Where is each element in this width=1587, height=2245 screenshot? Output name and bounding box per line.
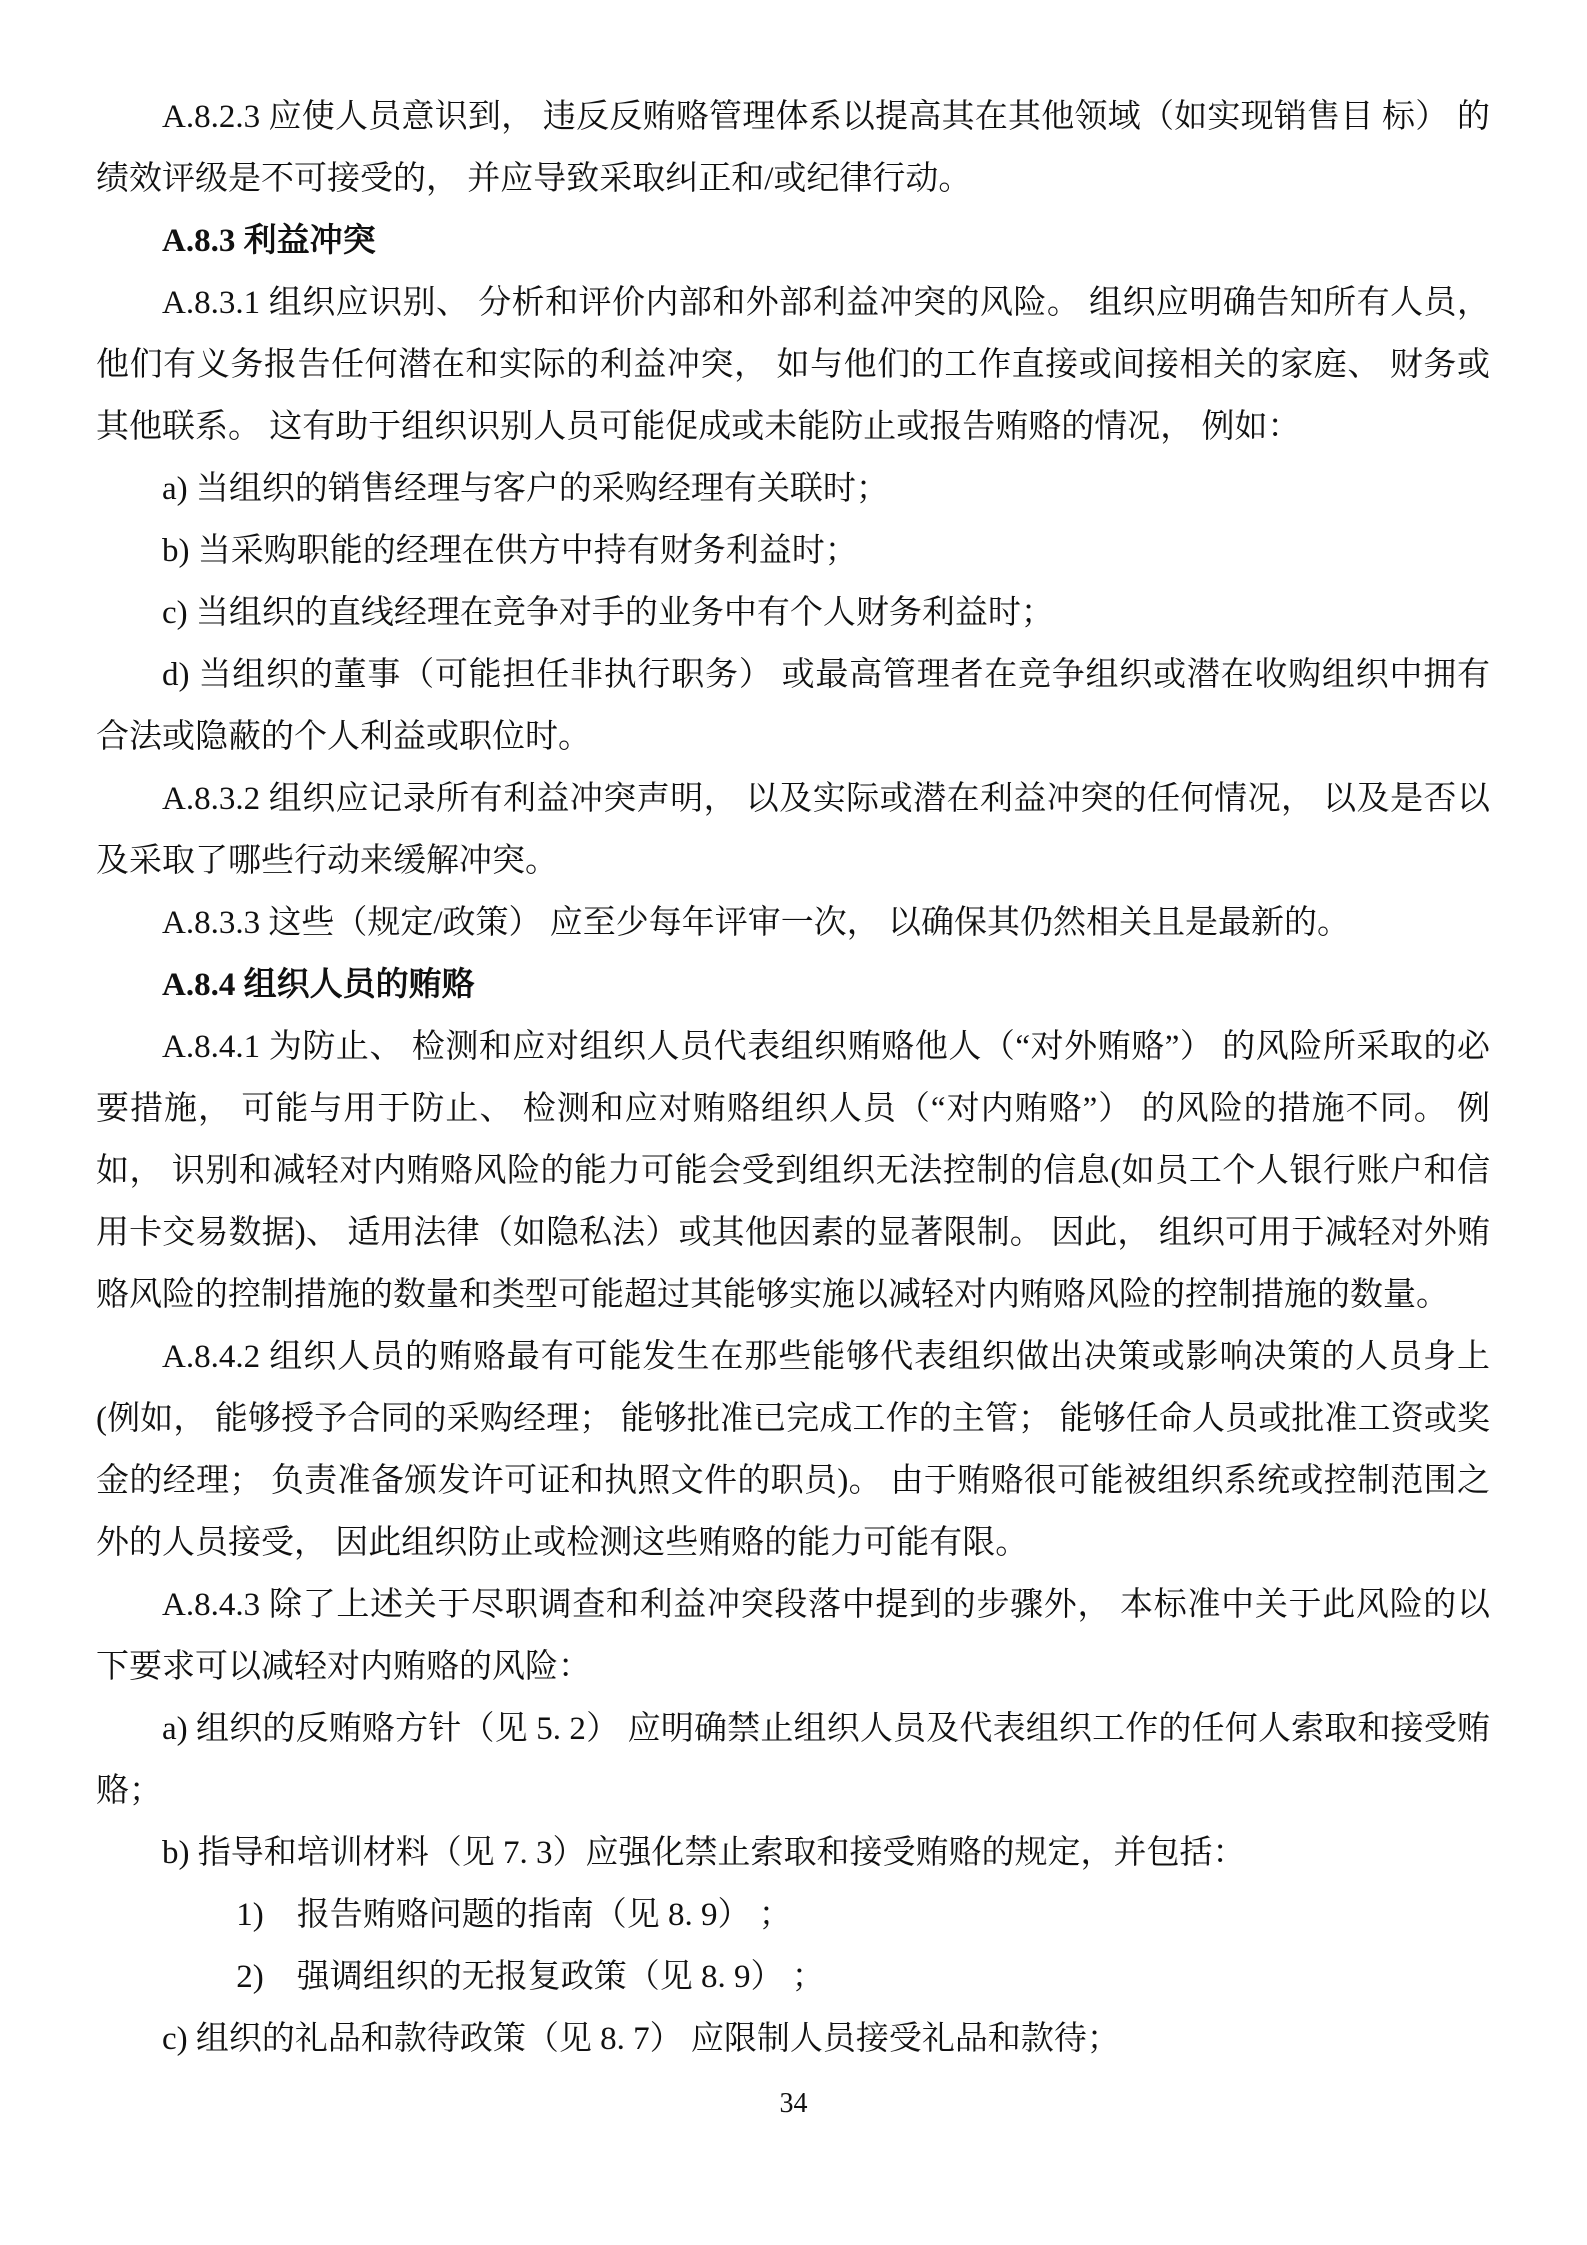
list-item: b) 当采购职能的经理在供方中持有财务利益时； [96, 520, 1490, 582]
clause-paragraph: A.8.3.3 这些（规定/政策） 应至少每年评审一次， 以确保其仍然相关且是最… [96, 892, 1490, 954]
clause-paragraph: A.8.4.1 为防止、 检测和应对组织人员代表组织贿赂他人（“对外贿赂”） 的… [96, 1016, 1490, 1326]
clause-paragraph: A.8.4.3 除了上述关于尽职调查和利益冲突段落中提到的步骤外， 本标准中关于… [96, 1574, 1490, 1698]
page-number: 34 [0, 2084, 1587, 2124]
document-page: A.8.2.3 应使人员意识到， 违反反贿赂管理体系以提高其在其他领域（如实现销… [0, 0, 1587, 2245]
section-heading: A.8.4 组织人员的贿赂 [96, 954, 1490, 1016]
sub-list-item: 1) 报告贿赂问题的指南（见 8. 9） ； [96, 1884, 1490, 1946]
list-item: c) 当组织的直线经理在竞争对手的业务中有个人财务利益时； [96, 582, 1490, 644]
section-heading: A.8.3 利益冲突 [96, 210, 1490, 272]
clause-paragraph: A.8.3.1 组织应识别、 分析和评价内部和外部利益冲突的风险。 组织应明确告… [96, 272, 1490, 458]
list-item: a) 组织的反贿赂方针（见 5. 2） 应明确禁止组织人员及代表组织工作的任何人… [96, 1698, 1490, 1822]
document-body: A.8.2.3 应使人员意识到， 违反反贿赂管理体系以提高其在其他领域（如实现销… [0, 0, 1587, 2070]
clause-paragraph: A.8.4.2 组织人员的贿赂最有可能发生在那些能够代表组织做出决策或影响决策的… [96, 1326, 1490, 1574]
sub-list-item: 2) 强调组织的无报复政策（见 8. 9） ； [96, 1946, 1490, 2008]
clause-paragraph: A.8.3.2 组织应记录所有利益冲突声明， 以及实际或潜在利益冲突的任何情况，… [96, 768, 1490, 892]
list-item: d) 当组织的董事（可能担任非执行职务） 或最高管理者在竞争组织或潜在收购组织中… [96, 644, 1490, 768]
list-item: c) 组织的礼品和款待政策（见 8. 7） 应限制人员接受礼品和款待； [96, 2008, 1490, 2070]
list-item: b) 指导和培训材料（见 7. 3）应强化禁止索取和接受贿赂的规定，并包括： [96, 1822, 1490, 1884]
clause-paragraph: A.8.2.3 应使人员意识到， 违反反贿赂管理体系以提高其在其他领域（如实现销… [96, 86, 1490, 210]
list-item: a) 当组织的销售经理与客户的采购经理有关联时； [96, 458, 1490, 520]
